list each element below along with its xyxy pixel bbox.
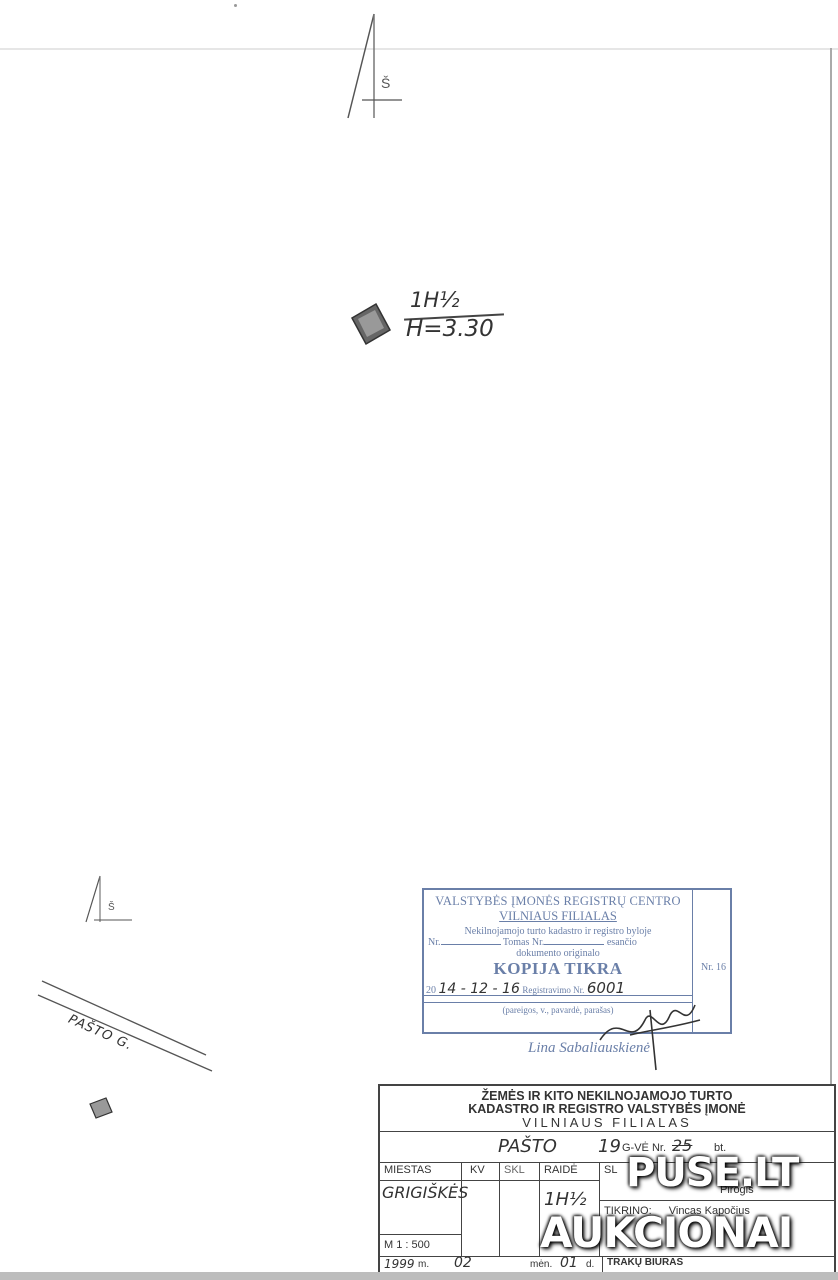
col-header: RAIDĖ	[540, 1162, 599, 1181]
house-number: 19	[598, 1136, 621, 1157]
stamp-line-5: dokumento originalo	[424, 948, 692, 959]
stamp-tomas-label: Tomas Nr.	[503, 937, 545, 948]
title-block-header: ŽEMĖS IR KITO NEKILNOJAMOJO TURTO KADAST…	[380, 1086, 834, 1132]
stamp-esancio-label: esančio	[607, 937, 637, 948]
bureau: TRAKŲ BIURAS	[602, 1257, 683, 1273]
street-lines	[36, 975, 216, 1075]
stamp-line-3: Nekilnojamojo turto kadastro ir registro…	[424, 926, 692, 937]
north-label: Š	[381, 75, 390, 91]
stamp-date-prefix: 20	[426, 985, 436, 996]
month-label: mėn.	[530, 1259, 552, 1270]
col-header: SKL	[500, 1162, 539, 1181]
day: 01	[560, 1255, 578, 1271]
street-handwritten: PAŠTO	[498, 1136, 557, 1157]
header-line-3: VILNIAUS FILIALAS	[380, 1116, 834, 1129]
building-marker-icon	[346, 300, 396, 350]
col-skl: SKL	[500, 1162, 540, 1256]
scan-bottom-edge	[0, 1272, 838, 1280]
north-arrow-icon	[340, 10, 420, 125]
building-marker-small-icon	[86, 1096, 116, 1122]
stamp-line-1: VALSTYBĖS ĮMONĖS REGISTRŲ CENTRO	[424, 894, 692, 909]
stamp-line-2: VILNIAUS FILIALAS	[424, 909, 692, 924]
signature-icon	[590, 990, 710, 1080]
city-value: GRIGIŠKĖS	[380, 1181, 461, 1204]
year: 1999	[384, 1257, 415, 1271]
building-label-numerator: 1H½	[410, 288, 460, 312]
stamp-line-4: Nr. Tomas Nr. esančio	[424, 937, 692, 948]
stamp-side-nr: Nr. 16	[701, 962, 726, 973]
watermark-line-2: AUKCIONAI	[540, 1208, 792, 1257]
col-header: MIESTAS	[380, 1162, 461, 1181]
watermark-line-1: PUSE.LT	[626, 1150, 798, 1196]
date-row: 1999 m. 02 mėn. 01 d. TRAKŲ BIURAS	[380, 1256, 834, 1273]
north-label-small: Š	[108, 902, 115, 913]
year-suffix: m.	[418, 1259, 429, 1270]
stamp-copy-true: KOPIJA TIKRA	[424, 959, 692, 979]
stamp-nr-label: Nr.	[428, 937, 441, 948]
month: 02	[454, 1255, 472, 1271]
stamp-reg-label: Registravimo Nr.	[522, 985, 584, 995]
building-label-denominator: H=3.30	[406, 316, 494, 342]
day-label: d.	[586, 1259, 594, 1270]
col-miestas: MIESTAS GRIGIŠKĖS M 1 : 500	[380, 1162, 462, 1256]
col-kv: KV	[462, 1162, 500, 1256]
col-header: KV	[462, 1162, 499, 1181]
scale-value: M 1 : 500	[380, 1234, 461, 1256]
scan-dot	[234, 4, 237, 7]
stamp-date: 14 - 12 - 16	[439, 981, 520, 997]
